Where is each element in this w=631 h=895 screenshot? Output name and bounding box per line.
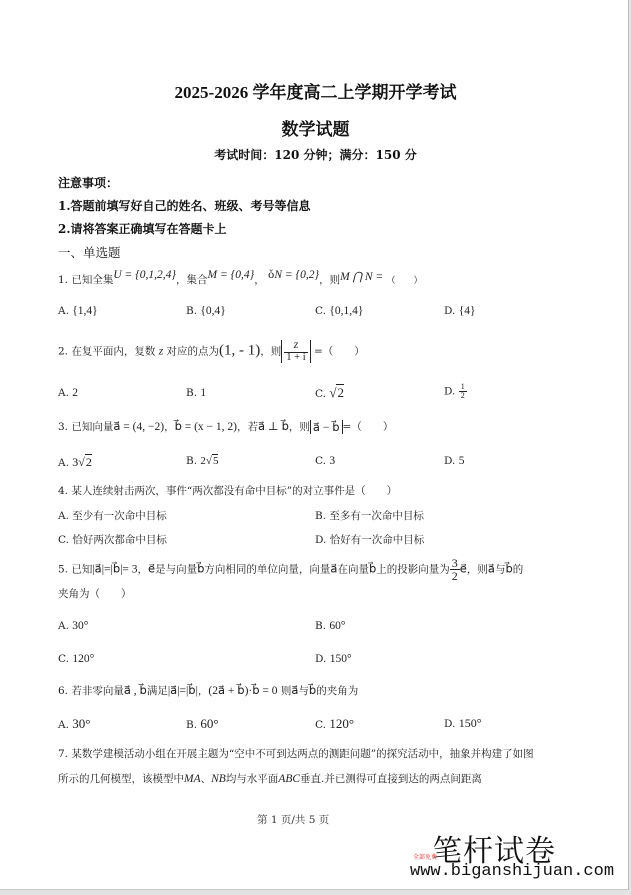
option-2b[interactable]: B. 1 (186, 387, 206, 399)
section-heading: 一、单选题 (58, 243, 121, 261)
question-7: 7. 某数学建模活动小组在开展主题为“空中不可到达两点的测距问题”的探究活动中，… (58, 746, 534, 761)
page-indicator: 第 1 页/共 5 页 (257, 812, 329, 827)
option-6c[interactable]: C. 120° (315, 716, 354, 732)
option-4b[interactable]: B. 至多有一次命中目标 (315, 508, 424, 523)
exam-meta: 考试时间：120 分钟；满分：150 分 (0, 146, 631, 163)
option-2c[interactable]: C. √2 (315, 385, 344, 401)
option-5b[interactable]: B. 60° (315, 620, 346, 632)
question-4: 4. 某人连续射击两次，事件“两次都没有命中目标”的对立事件是（ ） (58, 483, 397, 498)
option-3d[interactable]: D. 5 (444, 455, 464, 467)
option-5a[interactable]: A. 30° (58, 620, 88, 632)
option-6d[interactable]: D. 150° (444, 716, 482, 731)
option-3b[interactable]: B. 2√5 (186, 455, 218, 467)
option-3a[interactable]: A. 3√2 (58, 455, 92, 470)
question-3: 3. 已知向量a⃗ = (4, −2)，b⃗ = (x − 1, 2)，若a⃗ … (58, 419, 393, 434)
exam-page: 2025-2026 学年度高二上学期开学考试 数学试题 考试时间：120 分钟；… (0, 0, 629, 890)
absolute-value: a⃗ − b⃗ (310, 420, 343, 434)
question-6: 6. 若非零向量a⃗ , b⃗满足|a⃗|=|b⃗|，(2a⃗ + b⃗)·b⃗… (58, 683, 358, 698)
absolute-value: z1 + i (281, 340, 310, 363)
question-1: 1. 已知全集U = {0,1,2,4}，集合M = {0,4}， ǒN = {… (58, 272, 423, 287)
option-1a[interactable]: A. {1,4} (58, 305, 98, 317)
exam-title: 2025-2026 学年度高二上学期开学考试 (0, 78, 631, 103)
option-5d[interactable]: D. 150° (315, 653, 352, 665)
question-5: 5. 已知|a⃗|=|b⃗|= 3，e⃗是与向量b⃗方向相同的单位向量，向量a⃗… (58, 557, 523, 582)
question-5-line-2: 夹角为（ ） (58, 586, 132, 601)
option-3c[interactable]: C. 3 (315, 455, 335, 467)
watermark-tag: 全部免费 (413, 852, 437, 861)
question-7-line-2: 所示的几何模型，该模型中MA、NB均与水平面ABC垂直.并已测得可直接到达的两点… (58, 771, 482, 786)
watermark-url[interactable]: www.biganshijuan.com (410, 862, 614, 881)
option-5c[interactable]: C. 120° (58, 653, 94, 665)
option-2a[interactable]: A. 2 (58, 387, 78, 399)
option-1b[interactable]: B. {0,4} (186, 305, 226, 317)
question-number: 1. (58, 274, 68, 286)
option-2d[interactable]: D. 12 (444, 383, 467, 400)
exam-subtitle: 数学试题 (0, 115, 631, 140)
question-2: 2. 在复平面内，复数 z 对应的点为(1, - 1)，则z1 + i =（ ） (58, 340, 365, 363)
option-1c[interactable]: C. {0,1,4} (315, 305, 363, 317)
notice-item-2: 2.请将答案正确填写在答题卡上 (58, 220, 227, 237)
option-6b[interactable]: B. 60° (186, 716, 219, 732)
option-6a[interactable]: A. 30° (58, 716, 90, 732)
option-4c[interactable]: C. 恰好两次都命中目标 (58, 532, 167, 547)
option-1d[interactable]: D. {4} (444, 305, 476, 317)
notice-item-1: 1.答题前填写好自己的姓名、班级、考号等信息 (58, 197, 311, 214)
notice-heading: 注意事项： (58, 174, 118, 191)
option-4d[interactable]: D. 恰好有一次命中目标 (315, 532, 424, 547)
option-4a[interactable]: A. 至少有一次命中目标 (58, 508, 167, 523)
